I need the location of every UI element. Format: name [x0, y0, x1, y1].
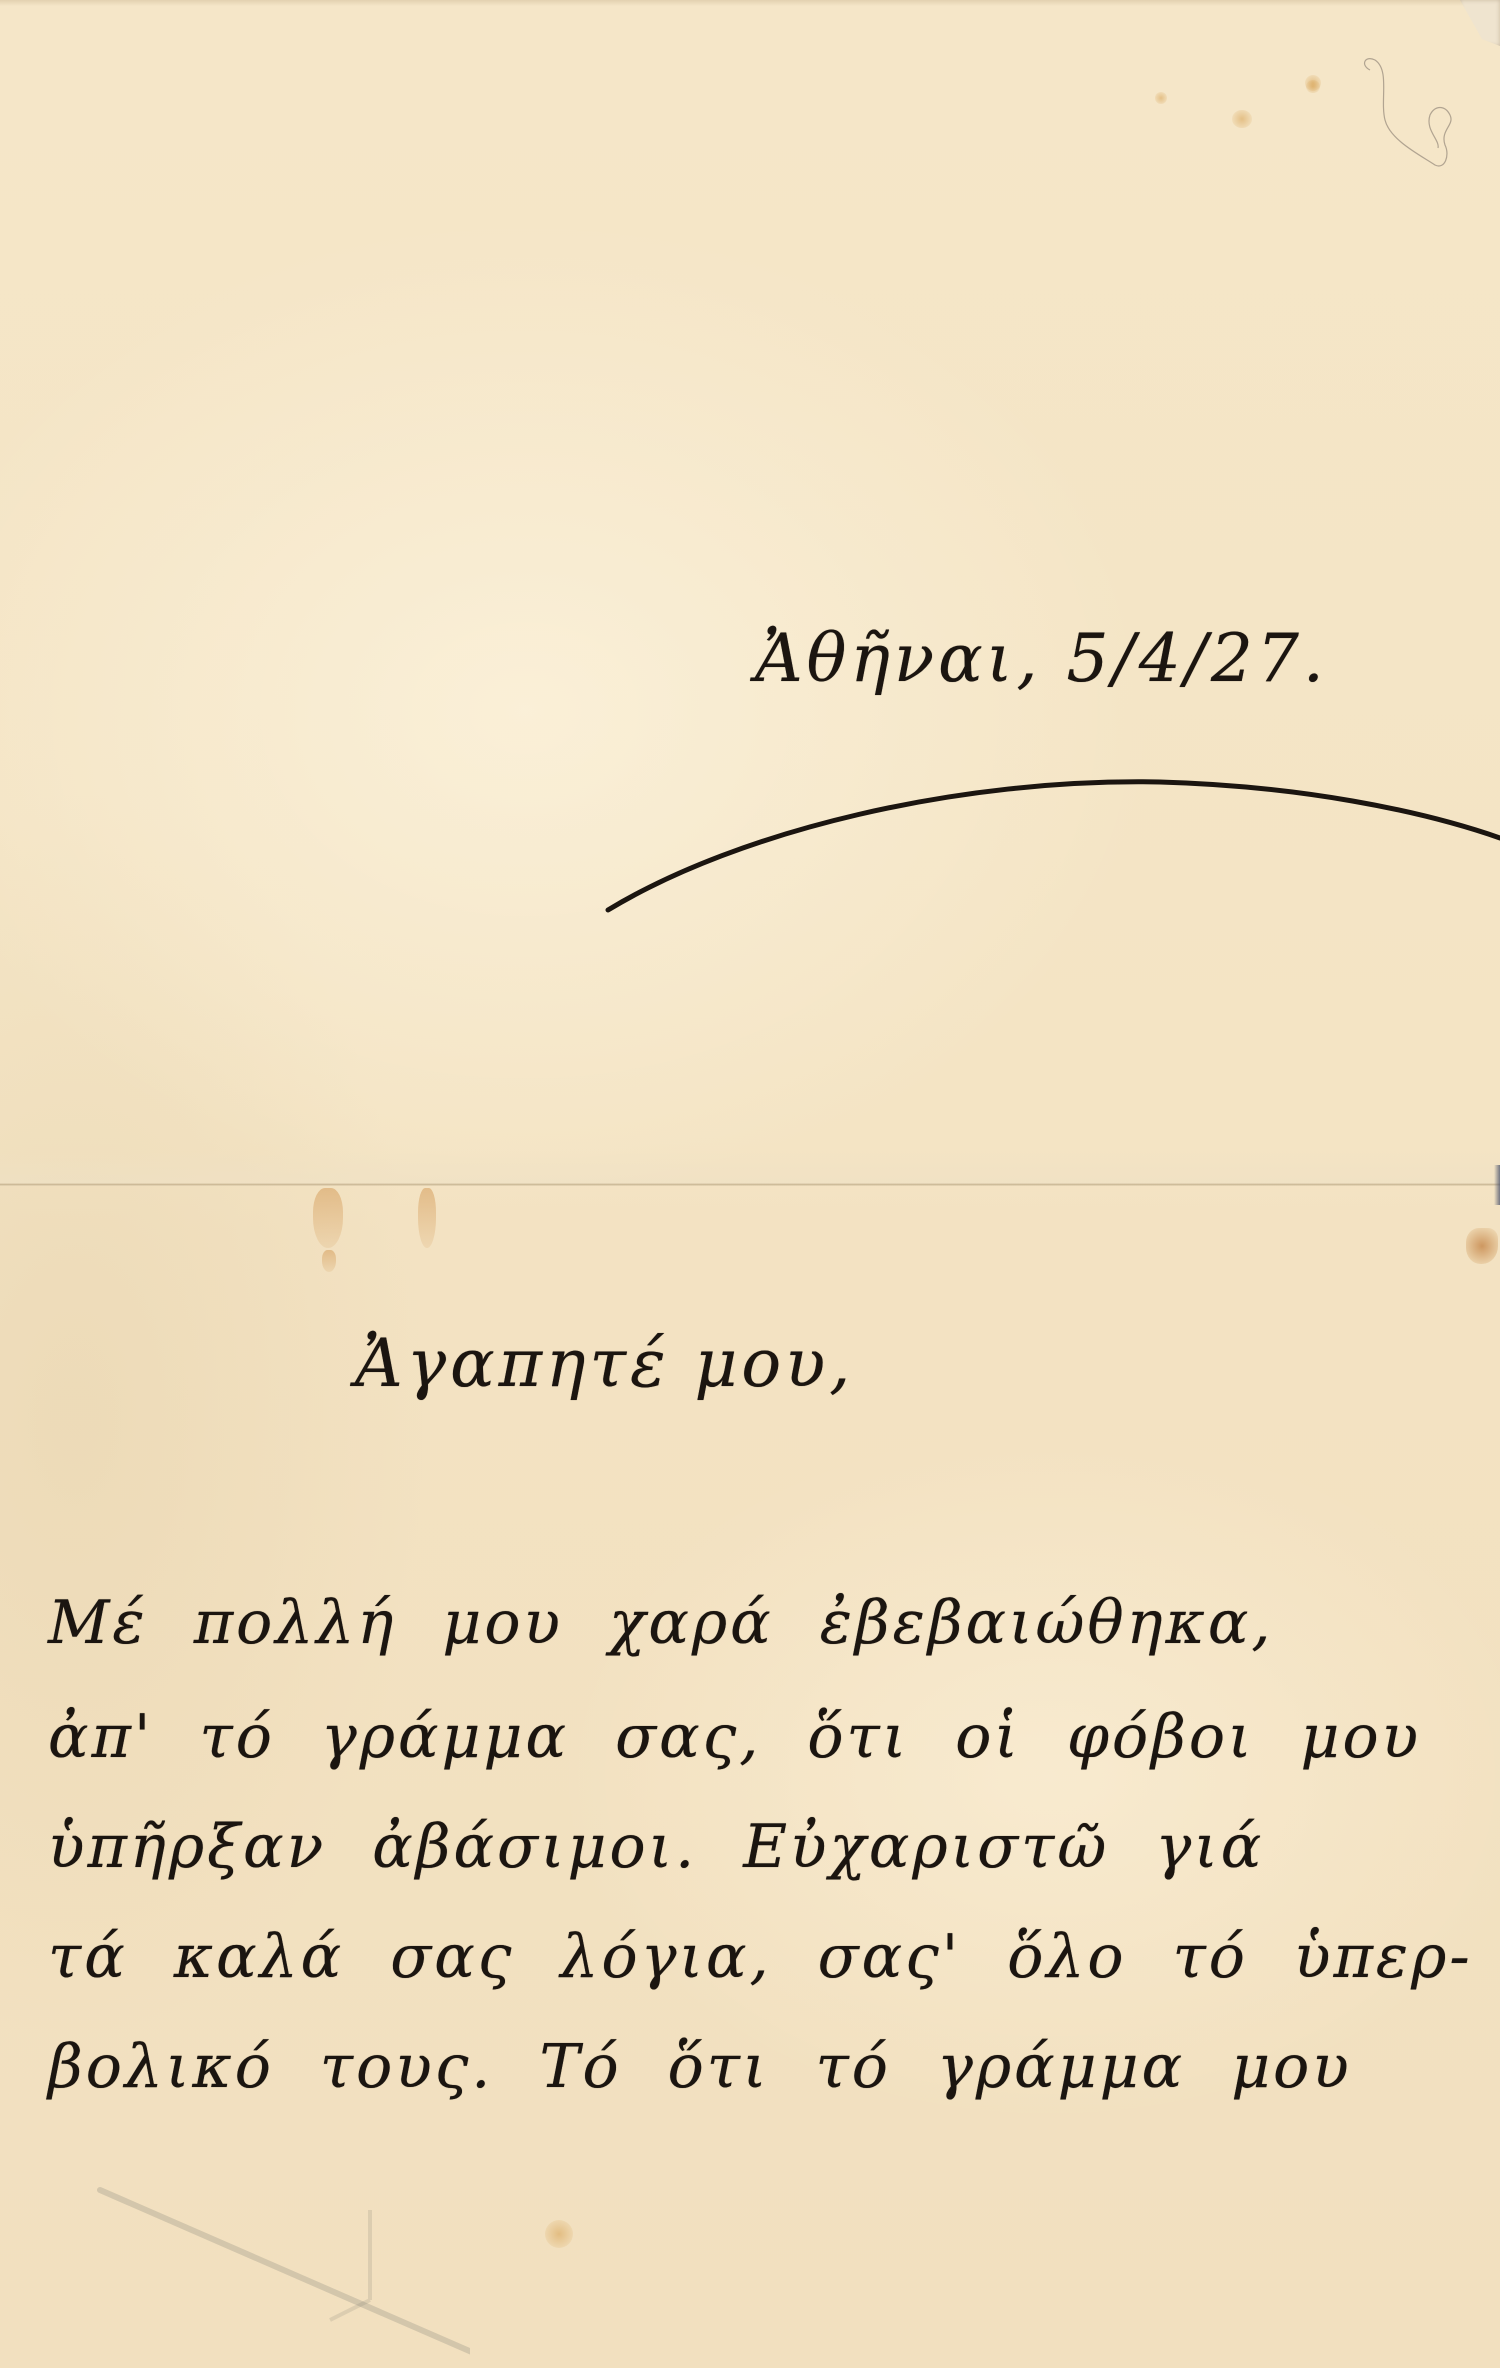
stain: [545, 2220, 573, 2248]
place-date: Ἀθῆναι, 5/4/27.: [755, 620, 1328, 697]
fold-crease: [0, 1183, 1500, 1186]
pencil-mark: [70, 2170, 470, 2368]
greeting: Ἀγαπητέ μου,: [355, 1325, 854, 1402]
stain: [1232, 110, 1252, 128]
flourish-stroke: [600, 770, 1500, 920]
letter-page: Ἀθῆναι, 5/4/27. Ἀγαπητέ μου, Μέ πολλή μο…: [0, 0, 1500, 2368]
paper-top-edge: [0, 0, 1500, 6]
body-line-4: τά καλά σας λόγια, σας' ὅλο τό ὑπερ-: [48, 1922, 1473, 1992]
stain-drip: [313, 1188, 343, 1248]
stain-drip: [418, 1188, 436, 1248]
body-line-5: βολικό τους. Τό ὅτι τό γράμμα μου: [48, 2032, 1352, 2102]
stain: [1155, 92, 1167, 104]
fiber-mark: [1350, 30, 1490, 170]
edge-shadow: [1494, 1165, 1500, 1205]
body-line-2: ἀπ' τό γράμμα σας, ὅτι οἱ φόβοι μου: [48, 1702, 1421, 1772]
fold-shade: [0, 1150, 1500, 1184]
stain-drip: [322, 1250, 336, 1272]
body-line-3: ὑπῆρξαν ἀβάσιμοι. Εὐχαριστῶ γιά: [48, 1812, 1264, 1882]
body-line-1: Μέ πολλή μου χαρά ἐβεβαιώθηκα,: [48, 1588, 1273, 1658]
stain: [1306, 80, 1320, 93]
rust-spot: [1466, 1228, 1498, 1264]
